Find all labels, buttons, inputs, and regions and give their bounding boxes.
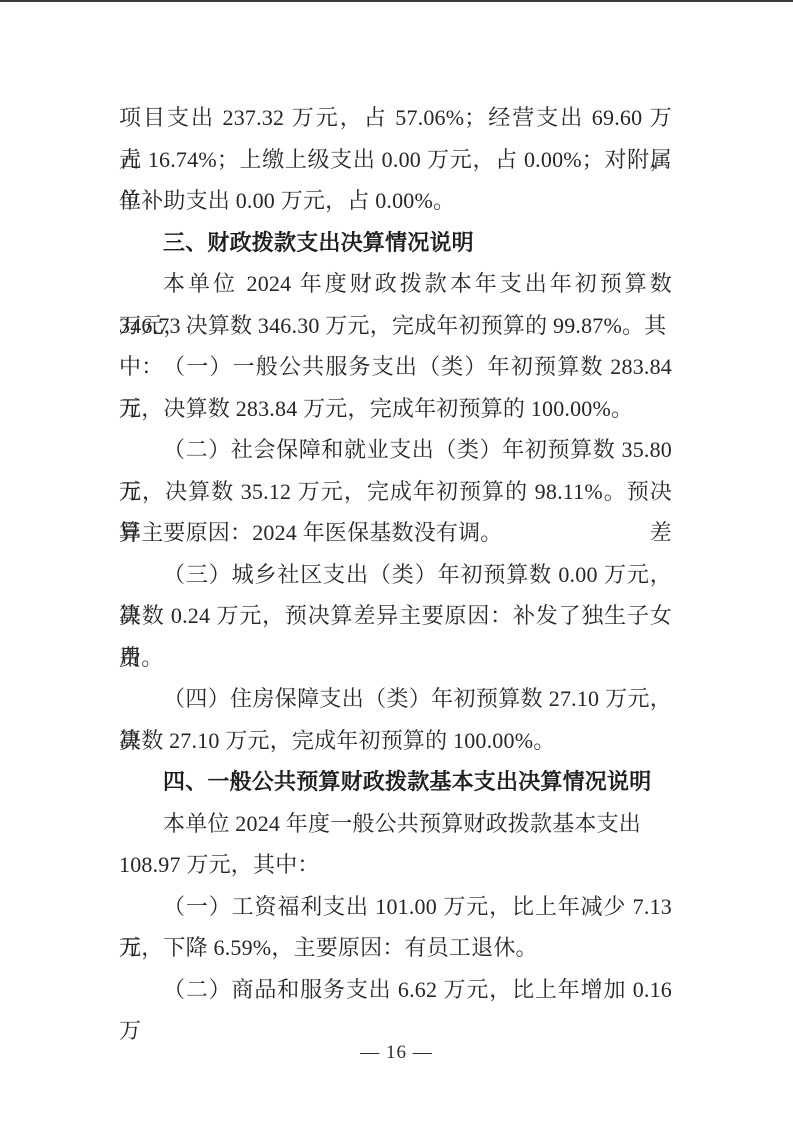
paragraph-line: 万元，决算数 346.30 万元，完成年初预算的 99.87%。其中： — [119, 305, 672, 347]
paragraph-line: 本单位 2024 年度财政拨款本年支出年初预算数 346.73 — [119, 263, 672, 305]
paragraph-line: 位补助支出 0.00 万元，占 0.00%。 — [119, 180, 672, 222]
paragraph-line: 占 16.74%；上缴上级支出 0.00 万元，占 0.00%；对附属单 — [119, 139, 672, 181]
paragraph-line: 算数 27.10 万元，完成年初预算的 100.00%。 — [119, 720, 672, 762]
paragraph-line: （二）商品和服务支出 6.62 万元，比上年增加 0.16 万 — [119, 969, 672, 1011]
paragraph-line: 元，决算数 283.84 万元，完成年初预算的 100.00%。 — [119, 388, 672, 430]
document-page-body: 项目支出 237.32 万元，占 57.06%；经营支出 69.60 万元， 占… — [119, 97, 672, 1010]
paragraph-line: （四）住房保障支出（类）年初预算数 27.10 万元，决 — [119, 678, 672, 720]
paragraph-line: 用。 — [119, 637, 672, 679]
paragraph-line: 本单位 2024 年度一般公共预算财政拨款基本支出 — [119, 803, 672, 845]
paragraph-line: 108.97 万元，其中： — [119, 844, 672, 886]
paragraph-line: （三）城乡社区支出（类）年初预算数 0.00 万元，决 — [119, 554, 672, 596]
paragraph-line: （二）社会保障和就业支出（类）年初预算数 35.80 万 — [119, 429, 672, 471]
paragraph-line: 元，决算数 35.12 万元，完成年初预算的 98.11%。预决算差 — [119, 471, 672, 513]
paragraph-line: （一）一般公共服务支出（类）年初预算数 283.84 万 — [119, 346, 672, 388]
section-heading-4: 四、一般公共预算财政拨款基本支出决算情况说明 — [119, 761, 672, 803]
paragraph-line: （一）工资福利支出 101.00 万元，比上年减少 7.13 万 — [119, 886, 672, 928]
page-top-edge — [0, 0, 793, 2]
paragraph-line: 元，下降 6.59%，主要原因：有员工退休。 — [119, 927, 672, 969]
section-heading-3: 三、财政拨款支出决算情况说明 — [119, 222, 672, 264]
paragraph-line: 项目支出 237.32 万元，占 57.06%；经营支出 69.60 万元， — [119, 97, 672, 139]
page-number: — 16 — — [0, 1038, 793, 1068]
paragraph-line: 算数 0.24 万元，预决算差异主要原因：补发了独生子女费 — [119, 595, 672, 637]
